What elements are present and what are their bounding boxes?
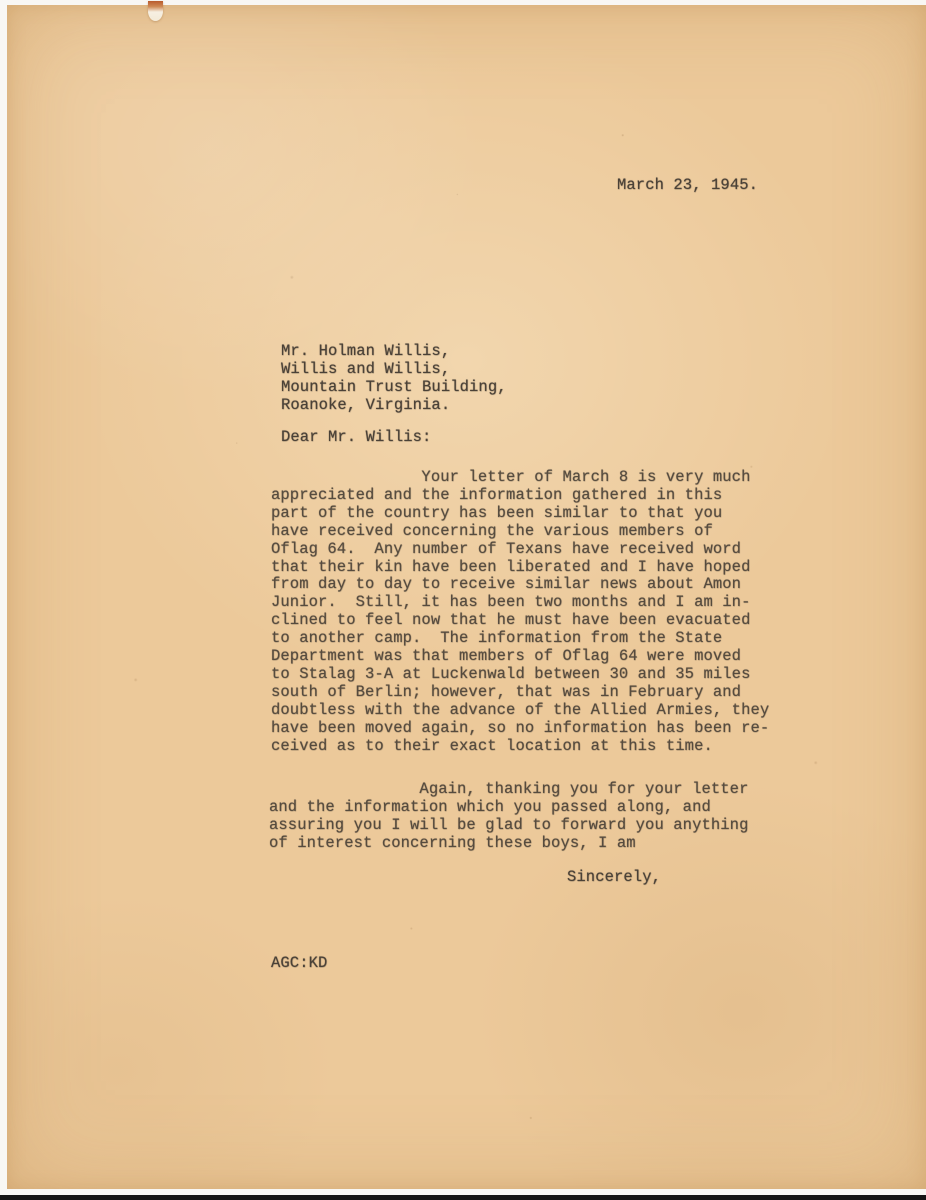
letter-scan: March 23, 1945. Mr. Holman Willis, Willi… [0, 0, 926, 1200]
letter-date: March 23, 1945. [617, 177, 758, 195]
paper-tear-mark [148, 1, 163, 21]
body-paragraph-1: Your letter of March 8 is very much appr… [271, 469, 769, 756]
salutation-line: Dear Mr. Willis: [281, 429, 431, 447]
letter-paper: March 23, 1945. Mr. Holman Willis, Willi… [7, 5, 926, 1189]
recipient-address-block: Mr. Holman Willis, Willis and Willis, Mo… [281, 343, 507, 415]
closing-line: Sincerely, [567, 869, 661, 887]
typist-initials: AGC:KD [271, 955, 327, 973]
body-paragraph-2: Again, thanking you for your letter and … [269, 781, 748, 853]
scanner-edge-strip [0, 1195, 926, 1200]
